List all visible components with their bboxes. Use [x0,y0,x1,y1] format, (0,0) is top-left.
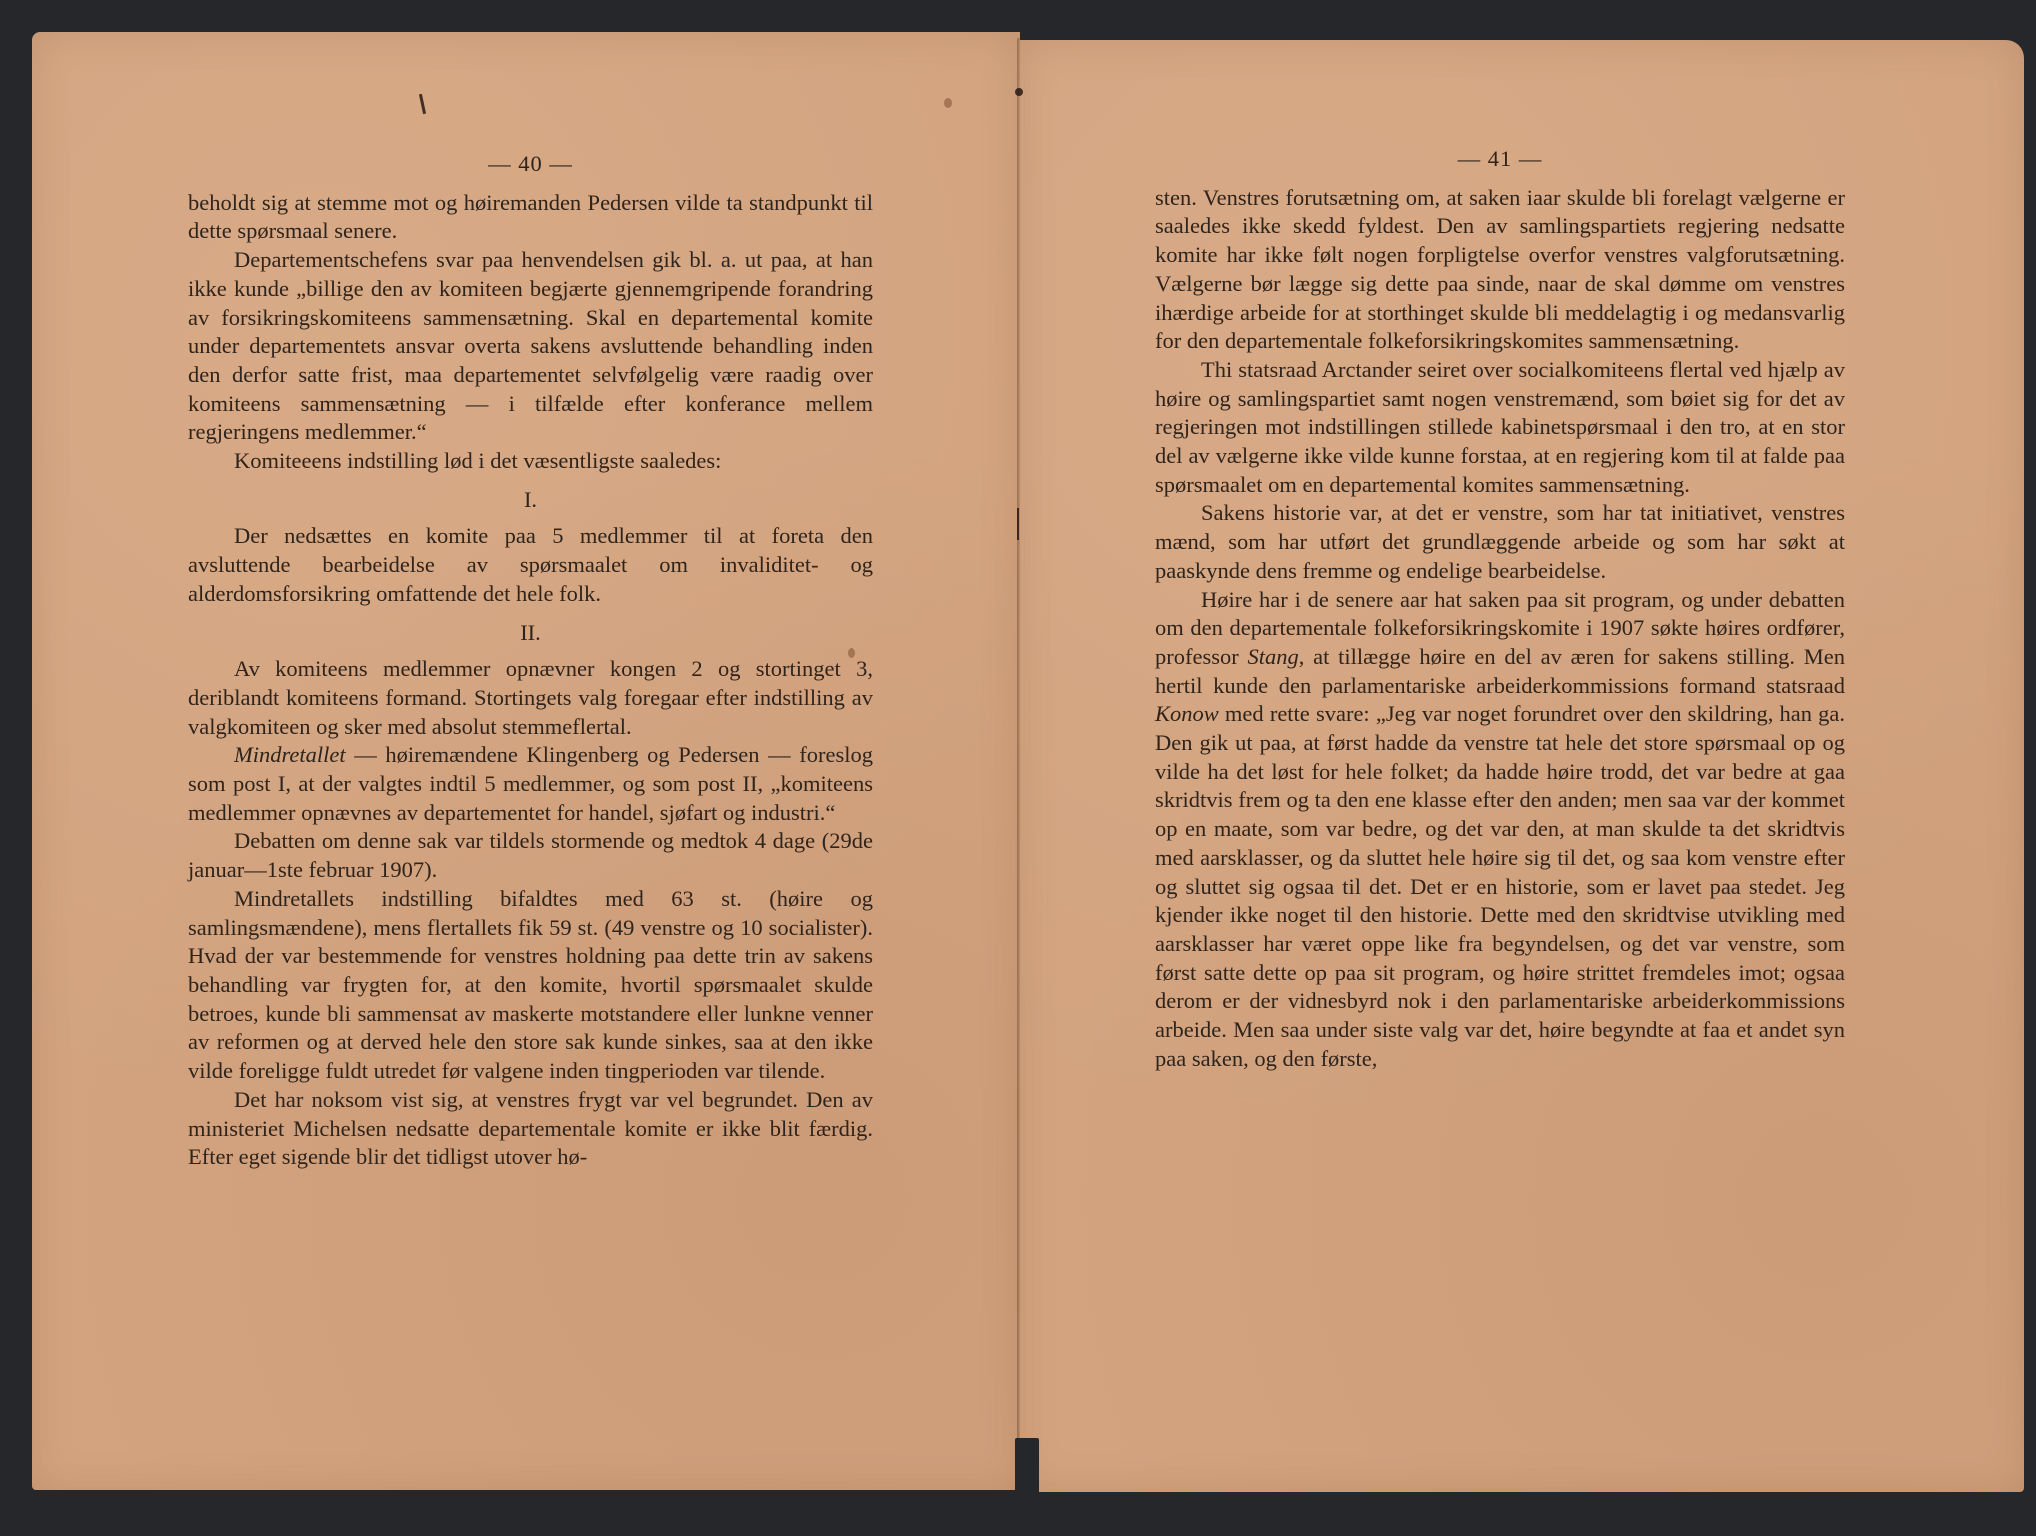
paragraph: Der nedsættes en komite paa 5 medlemmer … [188,522,873,608]
right-page-text: — 41 — sten. Venstres forutsætning om, a… [1155,145,1845,1074]
italic-name: Konow [1155,701,1219,726]
paragraph: beholdt sig at stemme mot og høiremanden… [188,189,873,246]
spine-tear [1015,1438,1039,1498]
paragraph: Mindretallets indstilling bifaldtes med … [188,885,873,1086]
paragraph: sten. Venstres forutsætning om, at saken… [1155,184,1845,356]
italic-name: Stang [1248,644,1299,669]
ink-mark [1017,508,1019,540]
paragraph: Departementschefens svar paa henvendelse… [188,246,873,447]
page-number-left: — 40 — [188,150,873,179]
paragraph: Sakens historie var, at det er venstre, … [1155,499,1845,585]
paragraph-text: med rette svare: „Jeg var noget forundre… [1155,701,1845,1070]
book-spine [1017,38,1020,1492]
paragraph: Det har noksom vist sig, at venstres fry… [188,1086,873,1172]
italic-term: Mindretallet [234,742,346,767]
paragraph: Komiteeens indstilling lød i det væsentl… [188,447,873,476]
section-heading-2: II. [188,619,873,648]
paragraph-minority: Mindretallet — høiremændene Klingenberg … [188,741,873,827]
ink-mark [1015,88,1023,96]
section-heading-1: I. [188,486,873,515]
stain-spot [944,98,952,108]
paragraph: Thi statsraad Arctander seiret over soci… [1155,356,1845,500]
paragraph: Debatten om denne sak var tildels storme… [188,827,873,884]
left-page-text: — 40 — beholdt sig at stemme mot og høir… [188,150,873,1172]
paragraph-quote: Høire har i de senere aar hat saken paa … [1155,586,1845,1074]
page-number-right: — 41 — [1155,145,1845,174]
paragraph: Av komiteens medlemmer opnævner kongen 2… [188,655,873,741]
